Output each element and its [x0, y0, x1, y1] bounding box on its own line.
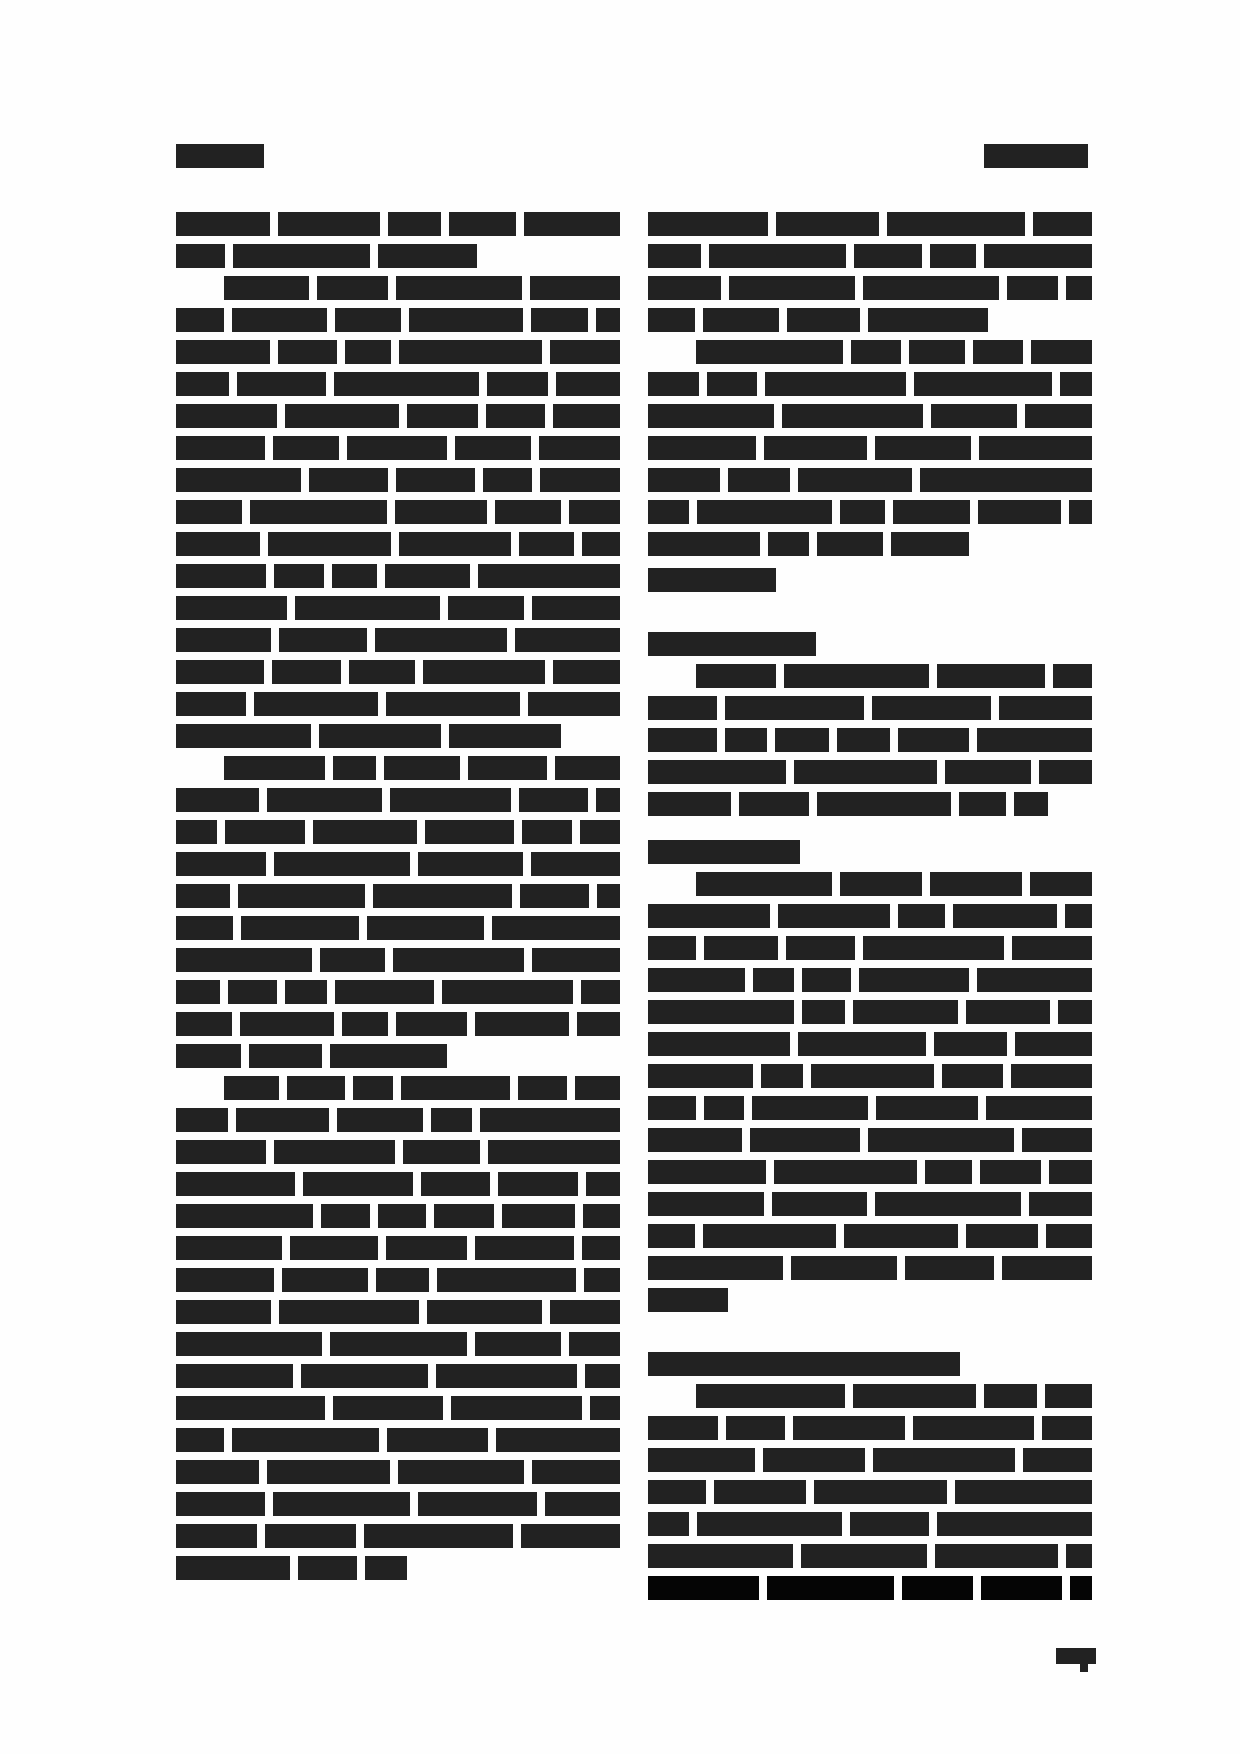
redacted-word-block	[545, 1492, 620, 1516]
paragraph	[648, 664, 1092, 824]
text-line	[648, 1224, 1092, 1248]
redacted-word-block	[176, 1204, 313, 1228]
redacted-word-block	[442, 980, 573, 1004]
redacted-word-block	[176, 564, 266, 588]
redacted-word-block	[696, 872, 832, 896]
redacted-word-block	[285, 980, 327, 1004]
redacted-word-block	[176, 1332, 322, 1356]
paragraph	[648, 872, 1092, 1320]
redacted-word-block	[935, 1544, 1058, 1568]
redacted-word-block	[524, 212, 620, 236]
redacted-word-block	[330, 1044, 447, 1068]
redacted-word-block	[303, 1172, 413, 1196]
redacted-word-block	[423, 660, 545, 684]
redacted-word-block	[648, 532, 760, 556]
redacted-word-block	[365, 1556, 407, 1580]
redacted-word-block	[249, 1044, 322, 1068]
redacted-word-block	[332, 564, 377, 588]
redacted-word-block	[274, 852, 410, 876]
redacted-word-block	[648, 1000, 794, 1024]
text-line	[648, 1096, 1092, 1120]
redacted-word-block	[176, 1428, 224, 1452]
redacted-word-block	[1066, 276, 1092, 300]
text-line	[648, 532, 1092, 556]
redacted-word-block	[984, 1384, 1037, 1408]
redacted-word-block	[942, 1064, 1003, 1088]
redacted-word-block	[802, 968, 851, 992]
text-line	[648, 500, 1092, 524]
text-line	[176, 276, 620, 300]
redacted-word-block	[772, 1192, 867, 1216]
redacted-word-block	[840, 500, 885, 524]
redacted-word-block	[784, 664, 929, 688]
redacted-word-block	[436, 1364, 577, 1388]
redacted-word-block	[321, 1204, 370, 1228]
redacted-word-block	[930, 872, 1022, 896]
text-line	[176, 1396, 620, 1420]
redacted-word-block	[648, 1160, 766, 1184]
redacted-word-block	[977, 968, 1092, 992]
subsection-heading: [illegible]	[648, 632, 816, 656]
redacted-word-block	[176, 1140, 266, 1164]
text-line	[176, 980, 620, 1004]
redacted-word-block	[859, 968, 969, 992]
text-line	[176, 436, 620, 460]
redacted-word-block	[648, 728, 717, 752]
redacted-word-block	[530, 276, 620, 300]
redacted-word-block	[176, 1236, 282, 1260]
redacted-word-block	[532, 1460, 620, 1484]
redacted-word-block	[241, 916, 359, 940]
redacted-word-block	[868, 1128, 1014, 1152]
text-line	[176, 724, 620, 748]
text-line	[176, 404, 620, 428]
redacted-word-block	[480, 1108, 620, 1132]
text-line	[648, 872, 1092, 896]
text-line	[176, 1108, 620, 1132]
text-line	[176, 1140, 620, 1164]
section-heading: [illegible]	[648, 568, 776, 592]
redacted-word-block	[176, 820, 217, 844]
redacted-word-block	[176, 1108, 228, 1132]
text-line	[648, 468, 1092, 492]
left-column	[176, 212, 620, 1588]
redacted-word-block	[522, 820, 572, 844]
redacted-word-block	[431, 1108, 472, 1132]
redacted-word-block	[478, 564, 620, 588]
redacted-word-block	[648, 308, 695, 332]
redacted-word-block	[984, 244, 1092, 268]
text-line	[176, 1428, 620, 1452]
redacted-word-block	[496, 1428, 620, 1452]
text-line	[648, 1512, 1092, 1536]
text-line	[648, 1256, 1092, 1280]
redacted-word-block	[518, 1076, 567, 1100]
redacted-word-block	[521, 1524, 620, 1548]
redacted-word-block	[750, 1128, 860, 1152]
text-line	[176, 820, 620, 844]
redacted-word-block	[648, 1128, 742, 1152]
redacted-word-block	[934, 1032, 1007, 1056]
right-column	[648, 212, 1092, 564]
text-line	[176, 1492, 620, 1516]
text-line	[648, 792, 1092, 816]
redacted-word-block	[703, 308, 779, 332]
redacted-word-block	[228, 980, 277, 1004]
redacted-word-block	[648, 500, 689, 524]
redacted-word-block	[945, 760, 1031, 784]
redacted-word-block	[854, 244, 922, 268]
redacted-word-block	[814, 1480, 947, 1504]
redacted-word-block	[267, 788, 382, 812]
redacted-word-block	[519, 532, 574, 556]
redacted-word-block	[176, 1460, 259, 1484]
redacted-word-block	[1023, 1448, 1092, 1472]
redacted-word-block	[373, 884, 512, 908]
redacted-word-block	[425, 820, 514, 844]
redacted-word-block	[319, 724, 441, 748]
redacted-word-block	[475, 1012, 569, 1036]
redacted-word-block	[176, 500, 242, 524]
redacted-word-block	[1049, 1160, 1092, 1184]
redacted-word-block	[367, 916, 484, 940]
redacted-word-block	[1011, 1064, 1092, 1088]
redacted-word-block	[519, 788, 588, 812]
text-line	[648, 904, 1092, 928]
redacted-word-block	[398, 1460, 524, 1484]
redacted-word-block	[176, 404, 277, 428]
text-line	[176, 1076, 620, 1100]
redacted-word-block	[418, 852, 523, 876]
redacted-word-block	[709, 244, 846, 268]
redacted-word-block	[725, 696, 864, 720]
redacted-word-block	[378, 1204, 426, 1228]
text-line	[648, 244, 1092, 268]
redacted-word-block	[353, 1076, 393, 1100]
redacted-word-block	[233, 244, 370, 268]
redacted-word-block	[764, 436, 867, 460]
redacted-word-block	[791, 1256, 897, 1280]
redacted-word-block	[282, 1268, 368, 1292]
redacted-word-block	[407, 404, 478, 428]
redacted-word-block	[301, 1364, 428, 1388]
redacted-word-block	[648, 760, 786, 784]
text-line	[648, 1288, 1092, 1312]
redacted-word-block	[176, 340, 270, 364]
redacted-word-block	[272, 660, 341, 684]
redacted-word-block	[648, 404, 774, 428]
redacted-word-block	[873, 1448, 1015, 1472]
redacted-word-block	[1015, 1032, 1092, 1056]
redacted-word-block	[902, 1576, 973, 1600]
text-line	[176, 1012, 620, 1036]
redacted-word-block	[753, 968, 794, 992]
redacted-word-block	[390, 788, 511, 812]
redacted-word-block	[427, 1300, 542, 1324]
text-line	[176, 916, 620, 940]
redacted-word-block	[648, 212, 768, 236]
redacted-word-block	[763, 1448, 865, 1472]
redacted-word-block	[268, 532, 391, 556]
redacted-word-block	[176, 1300, 271, 1324]
redacted-word-block	[752, 1096, 868, 1120]
redacted-word-block	[532, 948, 620, 972]
paper-page: [illegible] [illegible] [illegible] [ill…	[0, 0, 1240, 1754]
redacted-word-block	[648, 1256, 783, 1280]
running-header-left: [illegible]	[176, 144, 264, 168]
text-line	[648, 936, 1092, 960]
redacted-word-block	[1012, 936, 1092, 960]
redacted-word-block	[240, 1012, 334, 1036]
redacted-word-block	[986, 1096, 1092, 1120]
redacted-word-block	[891, 532, 969, 556]
redacted-word-block	[290, 1236, 378, 1260]
redacted-word-block	[495, 500, 561, 524]
text-line	[176, 1300, 620, 1324]
text-line	[176, 948, 620, 972]
redacted-word-block	[550, 1300, 620, 1324]
redacted-word-block	[876, 1096, 978, 1120]
redacted-word-block	[376, 1268, 429, 1292]
redacted-word-block	[176, 660, 264, 684]
redacted-word-block	[224, 1076, 279, 1100]
redacted-word-block	[1070, 1576, 1092, 1600]
redacted-word-block	[274, 564, 324, 588]
redacted-word-block	[176, 884, 230, 908]
redacted-word-block	[409, 308, 523, 332]
redacted-word-block	[590, 1396, 620, 1420]
redacted-word-block	[765, 372, 906, 396]
text-line	[176, 372, 620, 396]
redacted-word-block	[853, 1384, 976, 1408]
redacted-word-block	[1022, 1128, 1092, 1152]
redacted-word-block	[1030, 872, 1092, 896]
redacted-word-block	[648, 1544, 793, 1568]
redacted-word-block	[648, 904, 770, 928]
text-line	[648, 1128, 1092, 1152]
text-line	[176, 1172, 620, 1196]
redacted-word-block	[330, 1332, 467, 1356]
redacted-word-block	[937, 664, 1045, 688]
text-line	[648, 1160, 1092, 1184]
text-line	[648, 1480, 1092, 1504]
redacted-word-block	[582, 532, 620, 556]
redacted-word-block	[648, 1032, 790, 1056]
redacted-word-block	[925, 1160, 972, 1184]
redacted-word-block	[648, 372, 699, 396]
redacted-word-block	[786, 936, 855, 960]
redacted-word-block	[648, 1480, 706, 1504]
redacted-word-block	[569, 1332, 620, 1356]
text-line	[648, 436, 1092, 460]
redacted-word-block	[403, 1140, 480, 1164]
redacted-word-block	[793, 1416, 905, 1440]
redacted-word-block	[347, 436, 447, 460]
redacted-word-block	[176, 916, 233, 940]
redacted-word-block	[553, 404, 620, 428]
text-line	[176, 564, 620, 588]
redacted-word-block	[817, 532, 883, 556]
redacted-word-block	[335, 308, 401, 332]
redacted-word-block	[550, 340, 620, 364]
text-line	[648, 308, 1092, 332]
redacted-word-block	[176, 308, 224, 332]
redacted-word-block	[811, 1064, 934, 1088]
redacted-word-block	[334, 372, 479, 396]
redacted-word-block	[176, 1492, 265, 1516]
redacted-word-block	[279, 1300, 419, 1324]
redacted-word-block	[1033, 212, 1092, 236]
redacted-word-block	[850, 1512, 929, 1536]
redacted-word-block	[274, 1140, 395, 1164]
redacted-word-block	[725, 728, 767, 752]
redacted-word-block	[905, 1256, 994, 1280]
redacted-word-block	[273, 436, 339, 460]
redacted-word-block	[176, 436, 265, 460]
text-line	[648, 1448, 1092, 1472]
text-line	[176, 1204, 620, 1228]
text-line	[648, 1000, 1092, 1024]
redacted-word-block	[224, 276, 309, 300]
redacted-word-block	[502, 1204, 575, 1228]
redacted-word-block	[893, 500, 970, 524]
text-line	[176, 1460, 620, 1484]
text-line	[176, 1236, 620, 1260]
redacted-word-block	[531, 852, 620, 876]
text-line	[176, 1268, 620, 1292]
redacted-word-block	[930, 244, 976, 268]
redacted-word-block	[385, 564, 470, 588]
redacted-word-block	[581, 980, 620, 1004]
redacted-word-block	[455, 436, 531, 460]
redacted-word-block	[250, 500, 387, 524]
redacted-word-block	[597, 884, 620, 908]
text-line	[648, 1064, 1092, 1088]
redacted-word-block	[999, 696, 1092, 720]
redacted-word-block	[596, 308, 620, 332]
text-line	[648, 760, 1092, 784]
redacted-word-block	[801, 1544, 927, 1568]
redacted-word-block	[648, 1448, 755, 1472]
redacted-word-block	[176, 852, 266, 876]
text-line	[648, 372, 1092, 396]
redacted-word-block	[1025, 404, 1092, 428]
redacted-word-block	[1069, 500, 1092, 524]
page-number: [illegible]	[1056, 1648, 1096, 1664]
redacted-word-block	[487, 372, 548, 396]
redacted-word-block	[704, 936, 778, 960]
redacted-word-block	[909, 340, 965, 364]
redacted-word-block	[761, 1064, 803, 1088]
redacted-word-block	[320, 948, 385, 972]
redacted-word-block	[396, 276, 522, 300]
redacted-word-block	[342, 1012, 388, 1036]
redacted-word-block	[648, 1192, 764, 1216]
text-line	[176, 788, 620, 812]
redacted-word-block	[449, 212, 516, 236]
redacted-word-block	[966, 1000, 1050, 1024]
running-header-right: [illegible]	[984, 144, 1088, 168]
redacted-word-block	[448, 596, 524, 620]
redacted-word-block	[532, 596, 620, 620]
redacted-word-block	[285, 404, 399, 428]
text-line	[648, 1416, 1092, 1440]
redacted-word-block	[580, 820, 620, 844]
redacted-word-block	[787, 308, 860, 332]
redacted-word-block	[648, 1096, 696, 1120]
text-line	[648, 1032, 1092, 1056]
redacted-word-block	[492, 916, 620, 940]
redacted-word-block	[1039, 760, 1092, 784]
redacted-word-block	[539, 436, 620, 460]
redacted-word-block	[853, 1000, 958, 1024]
redacted-word-block	[704, 1096, 744, 1120]
redacted-word-block	[768, 532, 809, 556]
redacted-word-block	[298, 1556, 357, 1580]
redacted-word-block	[483, 468, 532, 492]
redacted-word-block	[345, 340, 391, 364]
redacted-word-block	[937, 1512, 1092, 1536]
text-line	[176, 1332, 620, 1356]
redacted-word-block	[337, 1108, 423, 1132]
text-line	[648, 728, 1092, 752]
redacted-word-block	[898, 728, 969, 752]
redacted-word-block	[920, 468, 1092, 492]
text-line	[176, 1524, 620, 1548]
text-line	[176, 340, 620, 364]
redacted-word-block	[875, 1192, 1021, 1216]
section-heading: [illegible]	[648, 1352, 960, 1376]
redacted-word-block	[914, 372, 1052, 396]
text-line	[176, 852, 620, 876]
paragraph	[648, 1384, 1092, 1608]
redacted-word-block	[973, 340, 1023, 364]
redacted-word-block	[388, 212, 441, 236]
redacted-word-block	[648, 1576, 759, 1600]
text-line	[176, 1364, 620, 1388]
redacted-word-block	[585, 1364, 620, 1388]
redacted-word-block	[176, 788, 259, 812]
redacted-word-block	[333, 756, 376, 780]
redacted-word-block	[278, 212, 380, 236]
redacted-word-block	[648, 968, 745, 992]
redacted-word-block	[648, 1064, 753, 1088]
redacted-word-block	[232, 1428, 379, 1452]
redacted-word-block	[978, 500, 1061, 524]
text-line	[648, 404, 1092, 428]
redacted-word-block	[782, 404, 923, 428]
redacted-word-block	[577, 1012, 620, 1036]
redacted-word-block	[703, 1224, 836, 1248]
redacted-word-block	[449, 724, 561, 748]
redacted-word-block	[515, 628, 620, 652]
redacted-word-block	[486, 404, 545, 428]
redacted-word-block	[775, 728, 829, 752]
redacted-word-block	[1029, 1192, 1092, 1216]
redacted-word-block	[844, 1224, 958, 1248]
redacted-word-block	[1053, 664, 1092, 688]
text-line	[648, 1192, 1092, 1216]
redacted-word-block	[176, 980, 220, 1004]
redacted-word-block	[648, 276, 721, 300]
redacted-word-block	[176, 948, 312, 972]
redacted-word-block	[386, 1236, 467, 1260]
redacted-word-block	[475, 1236, 574, 1260]
redacted-word-block	[540, 468, 620, 492]
text-line	[176, 1556, 620, 1580]
redacted-word-block	[273, 1492, 410, 1516]
redacted-word-block	[648, 1416, 718, 1440]
